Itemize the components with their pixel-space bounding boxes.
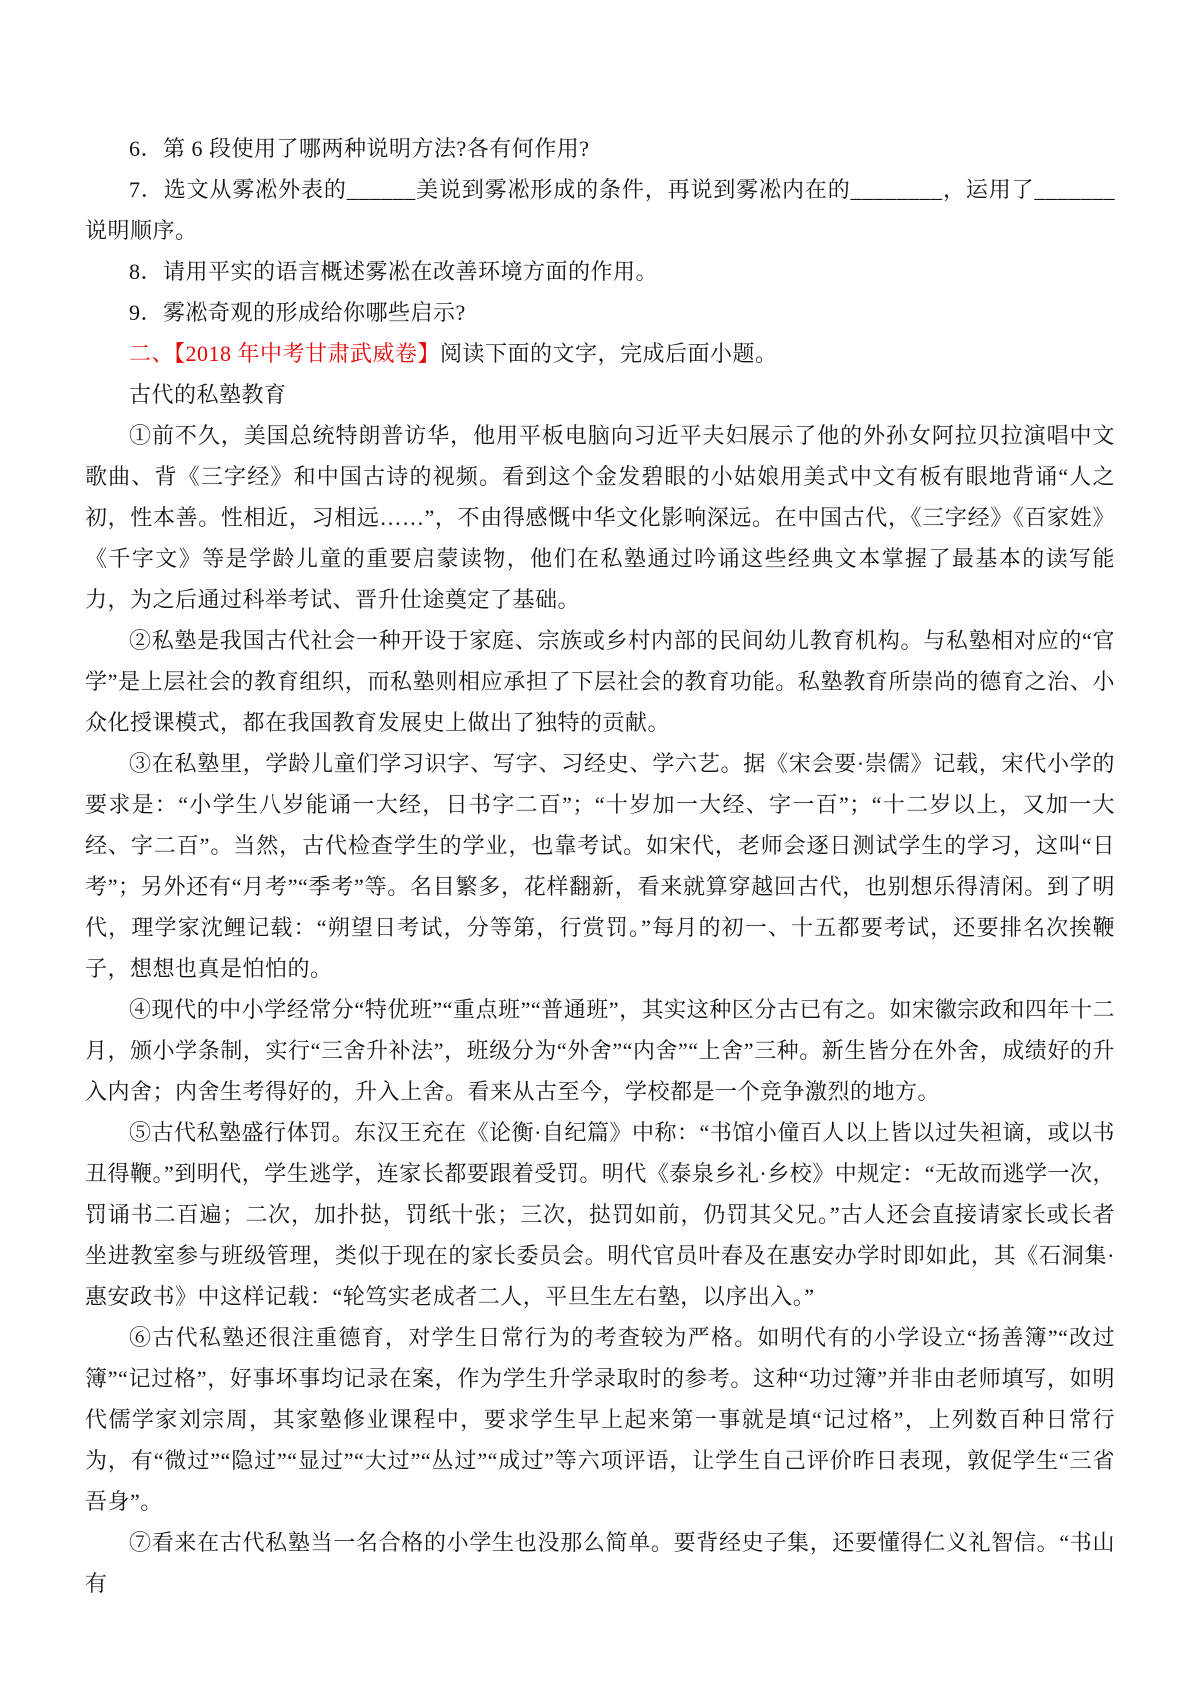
article-paragraph-6: ⑥古代私塾还很注重德育，对学生日常行为的考查较为严格。如明代有的小学设立“扬善簿…: [85, 1317, 1115, 1522]
article-paragraph-5: ⑤古代私塾盛行体罚。东汉王充在《论衡·自纪篇》中称：“书馆小僮百人以上皆以过失袒…: [85, 1112, 1115, 1317]
article-paragraph-7: ⑦看来在古代私塾当一名合格的小学生也没那么简单。要背经史子集，还要懂得仁义礼智信…: [85, 1522, 1115, 1604]
article-paragraph-3: ③在私塾里，学龄儿童们学习识字、写字、习经史、学六艺。据《宋会要·崇儒》记载，宋…: [85, 743, 1115, 989]
question-8: 8．请用平实的语言概述雾凇在改善环境方面的作用。: [85, 251, 1115, 292]
article-paragraph-2: ②私塾是我国古代社会一种开设于家庭、宗族或乡村内部的民间幼儿教育机构。与私塾相对…: [85, 620, 1115, 743]
document-page: 6．第 6 段使用了哪两种说明方法?各有何作用? 7．选文从雾凇外表的_____…: [0, 0, 1200, 1698]
exam-source-label: 二、【2018 年中考甘肃武威卷】: [129, 341, 440, 366]
section-instruction: 阅读下面的文字，完成后面小题。: [440, 341, 778, 366]
article-paragraph-4: ④现代的中小学经常分“特优班”“重点班”“普通班”，其实这种区分古已有之。如宋徽…: [85, 989, 1115, 1112]
article-paragraph-1: ①前不久，美国总统特朗普访华，他用平板电脑向习近平夫妇展示了他的外孙女阿拉贝拉演…: [85, 415, 1115, 620]
question-6: 6．第 6 段使用了哪两种说明方法?各有何作用?: [85, 128, 1115, 169]
article-title: 古代的私塾教育: [85, 374, 1115, 415]
question-9: 9．雾凇奇观的形成给你哪些启示?: [85, 292, 1115, 333]
question-7: 7．选文从雾凇外表的______美说到雾凇形成的条件，再说到雾凇内在的_____…: [85, 169, 1115, 251]
section-heading: 二、【2018 年中考甘肃武威卷】阅读下面的文字，完成后面小题。: [85, 333, 1115, 374]
